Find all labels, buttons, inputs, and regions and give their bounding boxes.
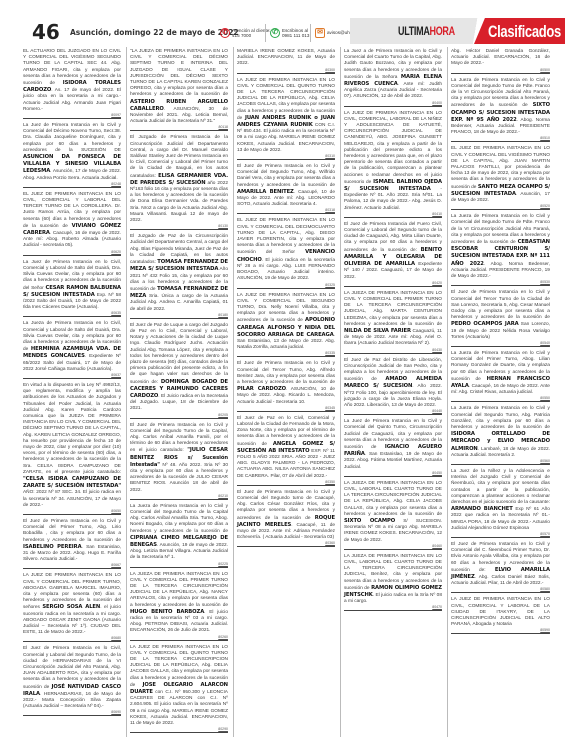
notice-text: La Jueza de Primera Instancia en lo Civi…	[451, 406, 550, 430]
notice-text: "LA JUEZA DE PRIMERA INSTANCIA EN LO CIV…	[130, 49, 228, 97]
notice-code: 80097	[23, 113, 121, 117]
notice-code: 80560	[451, 459, 550, 463]
notice-code: 80410	[344, 212, 442, 216]
notice-code: 80360	[237, 541, 335, 545]
deceased-name: ISABELINO PEREIRA	[23, 544, 82, 550]
deceased-name: PILAR CARDOZO	[237, 386, 286, 392]
column-2: "LA JUEZA DE PRIMERA INSTANCIA EN LO CIV…	[127, 47, 234, 737]
notice-code: 80318	[237, 208, 335, 212]
notice-text: El Juez de Primera Instancia en lo Civil…	[237, 164, 335, 188]
legal-notice: EL ACTUARIO DEL JUZGADO EN LO CIVIL Y CO…	[23, 47, 121, 119]
notice-code: 80550	[451, 396, 550, 400]
page-number: 46	[32, 20, 60, 44]
notice-code: 80667	[23, 563, 121, 567]
notice-code: 80580	[451, 587, 550, 591]
page-header: 46 Asunción, domingo 22 de mayo de 2022 …	[20, 18, 565, 44]
notice-code: 80470	[344, 605, 442, 609]
notice-code: 80290	[130, 727, 228, 731]
deceased-name: PEDRO OCAMPOS JARA	[451, 321, 519, 327]
legal-notice: EL JUEZ DE PRIMERA INSTANCIA EN LO CIVIL…	[237, 216, 335, 288]
contact-phone: ✆ Atención al cliente:415 7000	[220, 24, 271, 42]
legal-notice: LA JUEZA DE PRIMERA INSTANCIA EN LO CIVI…	[344, 289, 442, 354]
legal-notice: El Juzgado de Paz de la Circunscripción …	[130, 232, 228, 318]
deceased-name: AMARILLA BENITEZ	[237, 189, 294, 195]
column-4: La Juez a de Primera Instancia en lo Civ…	[341, 47, 448, 737]
notice-text: La Jueza de Primera Instancia en lo Civi…	[130, 504, 228, 534]
notice-code: 80130	[130, 224, 228, 228]
legal-notice: El Juez de Primera Instancia en lo Civil…	[237, 162, 335, 214]
legal-notice: LA JUEZA DE PRIMERA INSTANCIA EN LO CIVI…	[344, 552, 442, 612]
notice-code: 80345	[237, 406, 335, 410]
legal-notice: La Juez a de Primera Instancia en lo Civ…	[344, 47, 442, 107]
legal-notice: El Juez de Primera Instancia en lo Civil…	[130, 421, 228, 500]
legal-notice: El Juez de Primera Instancia del Fuero C…	[344, 220, 442, 287]
legal-notice: La Jueza de Primera Instancia en lo Civi…	[130, 502, 228, 568]
notice-code: 80118	[130, 125, 228, 129]
legal-notice: El Juez de Paz del Distrito de Liberació…	[344, 356, 442, 416]
legal-notice: El Juez de Paz en lo Civil, Comercial y …	[237, 414, 335, 486]
notice-text: LA JUEZA DE PRIMERA INSTANCIA EN LO CIVI…	[344, 291, 442, 327]
legal-notice: Abg. Héctor Daniel Granada González, Act…	[451, 47, 550, 74]
notice-code: 80400	[344, 101, 442, 105]
section-title: Clasificados	[488, 22, 561, 41]
notice-code: 80180	[130, 313, 228, 317]
notice-text: La Juez de Primera Instancia en lo Civil…	[23, 123, 121, 153]
deceased-name: ARMANDO BIANCHET	[451, 506, 513, 512]
notice-text: El Juez de Primera Instancia en lo Civil…	[237, 361, 335, 385]
legal-notice: La Juez de Primera Instancia en lo Civil…	[23, 258, 121, 318]
notice-text: La Juez de la Niñez y la Adolescencia e …	[451, 469, 550, 505]
notice-text: El Juez de Primera Instancia en lo Civil…	[23, 519, 121, 543]
notice-text: Abg. Héctor Daniel Granada González, Act…	[451, 49, 550, 66]
legal-notice: LA JUEZA DE PRIMERA INSTANCIA EN LO CIVI…	[344, 479, 442, 550]
legal-notice: LA JUEZA DE PRIMERA INSTANCIA EN LO CIVI…	[130, 570, 228, 641]
mail-icon: ✉	[315, 28, 325, 38]
legal-notice: La Juez de Primera Instancia en lo Civil…	[344, 417, 442, 477]
notice-code: 80620	[23, 250, 121, 254]
section-banner: Clasificados	[474, 18, 565, 44]
legal-notice: LA JUEZ DE PRIMERA INSTANCIA EN LO CIVIL…	[237, 291, 335, 358]
legal-notice: LA JUEZ DE PRIMERA INSTANCIA EN LO CIVIL…	[451, 595, 550, 634]
notice-text: MARIELA IRENE GOMEZ KOKES, Actuaria Judi…	[237, 49, 335, 66]
deceased-name: NILDA DE SILVA FARIER	[344, 328, 411, 334]
column-3: MARIELA IRENE GOMEZ KOKES, Actuaria Judi…	[234, 47, 341, 737]
legal-notice: LA JUEZ DE PRIMERA INSTANCIA EN LO CIVIL…	[344, 109, 442, 218]
whatsapp-icon: ✆	[270, 28, 280, 38]
legal-notice: El Juez de Primera Instancia en lo Civil…	[451, 288, 550, 347]
notice-text: LA JUEZ DE PRIMERA INSTANCIA EN LO CIVIL…	[451, 597, 550, 627]
column-1: EL ACTUARIO DEL JUZGADO EN LO CIVIL Y CO…	[20, 47, 127, 737]
deceased-name: SERGIO SOSA ALEN	[42, 604, 100, 610]
legal-notice: LA JUEZ DE PRIMERA INSTANCIA EN LO CIVIL…	[130, 643, 228, 734]
notice-code: 80420	[344, 281, 442, 285]
notice-code: 80440	[344, 409, 442, 413]
legal-notice: La Jueza de Primera Instancia en lo Civi…	[451, 76, 550, 143]
notice-text: El Juez de Paz de Luque a cargo del Juzg…	[130, 323, 228, 385]
notice-code: 80300	[237, 68, 335, 72]
notice-code: 80590	[451, 628, 550, 632]
phone-icon: ✆	[220, 28, 230, 38]
column-5: Abg. Héctor Daniel Granada González, Act…	[448, 47, 555, 737]
notice-text: LA JUEZA DE PRIMERA INSTANCIA EN LO CIVI…	[344, 481, 442, 517]
deceased-name: SIXTO OCAMPO	[344, 518, 395, 524]
notice-code: 80500	[451, 68, 550, 72]
notice-code: 80325	[237, 283, 335, 287]
notice-code: 80430	[344, 348, 442, 352]
legal-notice: El Juez de Paz de Luque a cargo del Juzg…	[130, 321, 228, 419]
notice-text: AÑO: 2022 Nº 87 SEC. 34. El juicio radic…	[23, 490, 121, 507]
notice-code: 80540	[451, 341, 550, 345]
notice-code: 80248	[23, 182, 121, 186]
legal-notice: El Juez de Primera Instancia en lo Civil…	[451, 540, 550, 593]
page-date: Asunción, domingo 22 de mayo de 2022	[70, 28, 239, 37]
notice-code: 80310	[237, 154, 335, 158]
legal-notice: La Juez de Primera Instancia en lo Civil…	[23, 121, 121, 188]
notice-code: 80680	[23, 636, 121, 640]
notice-code: 80225	[130, 562, 228, 566]
legal-notice: "LA JUEZA DE PRIMERA INSTANCIA EN LO CIV…	[130, 47, 228, 131]
legal-notice: El Juez de Primera Instancia en lo Civil…	[23, 644, 121, 716]
deceased-name: "CELSA ISIDRA CAMPUZANO DE ZARATE S/ SUC…	[23, 476, 121, 489]
notice-code: 80570	[451, 532, 550, 536]
notice-code: 80335	[237, 351, 335, 355]
legal-notice: El Juez de Primera Instancia en lo Civil…	[237, 359, 335, 411]
legal-notice: LA JUEZ DE PRIMERA INSTANCIA EN LO CIVIL…	[237, 76, 335, 160]
legal-notice: El Juez de Primera Instancia en lo Civil…	[23, 517, 121, 569]
classifieds-columns: EL ACTUARIO DEL JUZGADO EN LO CIVIL Y CO…	[20, 47, 555, 737]
notice-text: LA JUEZ DE PRIMERA INSTANCIA EN LO CIVIL…	[344, 111, 442, 185]
notice-text: LA JUEZA DE PRIMERA INSTANCIA EN LO CIVI…	[130, 572, 228, 608]
notice-code: 80450	[344, 471, 442, 475]
notice-code: 80530	[451, 280, 550, 284]
legal-notice: EL JUEZ DE PRIMERA INSTANCIA EN LO CIVIL…	[451, 144, 550, 210]
notice-code: 80210	[130, 494, 228, 498]
legal-notice: La Juez de la Niñez y la Adolescencia e …	[451, 467, 550, 538]
legal-notice: EL JUEZ DE PRIMERA INSTANCIA EN LO CIVIL…	[23, 190, 121, 256]
legal-notice: El Juez de Primera Instancia en lo Civil…	[237, 488, 335, 548]
legal-notice: La Jueza de Primera Instancia en lo Civi…	[451, 349, 550, 402]
legal-notice: El Juzgado de Primera Instancia de la Ci…	[130, 133, 228, 230]
legal-notice: LA JUEZ DE PRIMERA INSTANCIA EN LO CIVIL…	[23, 571, 121, 642]
notice-code: 80690	[23, 710, 121, 714]
notice-code: 80650	[23, 509, 121, 513]
notice-text: año 2022 Nº163 folio 16 cita y emplaza p…	[130, 181, 228, 223]
legal-notice: La Jueza de Primera Instancia en lo Civi…	[451, 212, 550, 286]
notice-code: 80637	[23, 373, 121, 377]
notice-code: 80460	[344, 544, 442, 548]
notice-text: En virtud a lo dispuesto en la Ley Nº 49…	[23, 383, 121, 475]
notice-text: El Juez de Primera Instancia en lo Civil…	[451, 290, 550, 320]
notice-code: 80520	[451, 204, 550, 208]
brand-logo: ULTIMAHORA	[398, 25, 455, 38]
notice-code: 80510	[451, 136, 550, 140]
notice-code: 80350	[237, 480, 335, 484]
legal-notice: En virtud a lo dispuesto en la Ley Nº 49…	[23, 381, 121, 515]
notice-code: 80205	[130, 413, 228, 417]
legal-notice: MARIELA IRENE GOMEZ KOKES, Actuaria Judi…	[237, 47, 335, 74]
deceased-name: HUGO BENITO BARBOZA	[130, 609, 204, 615]
legal-notice: La Jueza de Primera Instancia en lo Civi…	[23, 319, 121, 379]
notice-text: con C.I. Nº 950.300 y LEONCIA CACERES DE…	[130, 690, 228, 726]
notice-code: 80260	[130, 635, 228, 639]
notice-code: 80635	[23, 311, 121, 315]
legal-notice: La Jueza de Primera Instancia en lo Civi…	[451, 404, 550, 465]
contact-whatsapp: ✆ Escribinos al0981 111 013	[265, 24, 309, 42]
